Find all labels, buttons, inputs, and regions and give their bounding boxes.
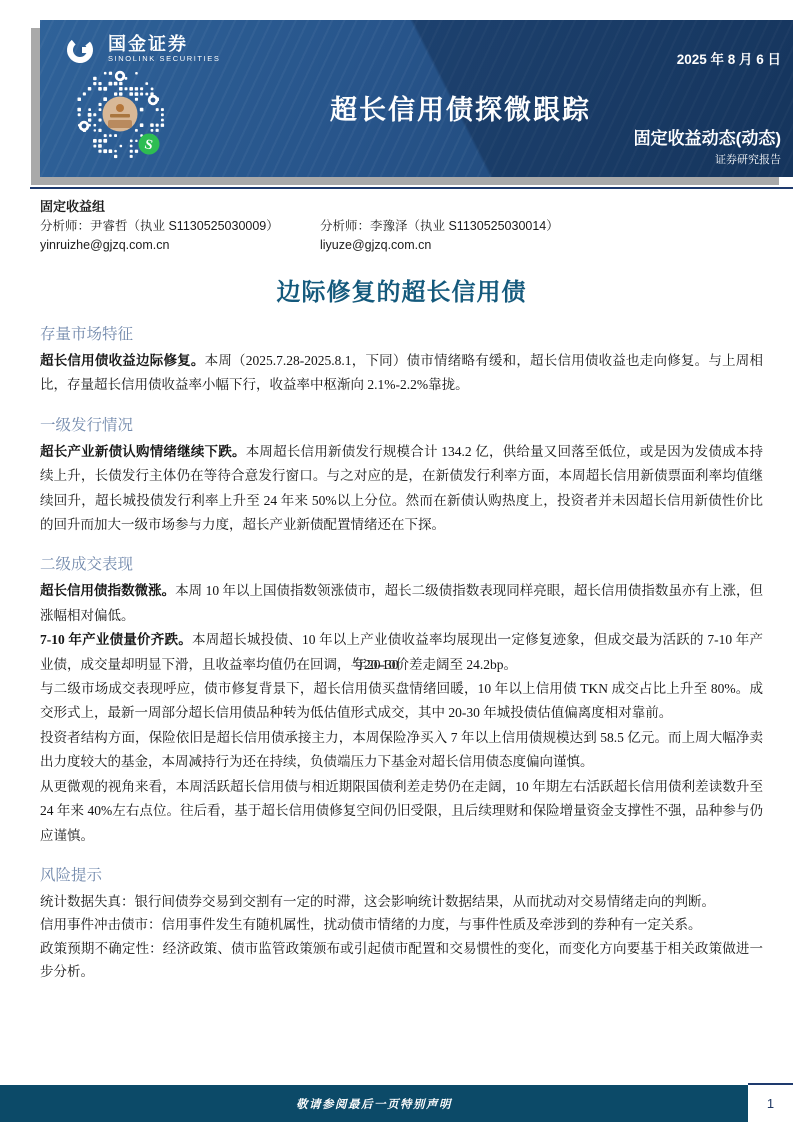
report-header-title: 超长信用债探微跟踪: [40, 88, 793, 127]
footer-bar: 敬请参阅最后一页特别声明: [0, 1085, 748, 1122]
risk-item: 统计数据失真：银行间债券交易到交割有一定的时滞，这会影响统计数据结果，从而扰动对…: [40, 890, 763, 914]
section-heading-stock-market: 存量市场特征: [40, 322, 763, 344]
analyst-1: 分析师：尹睿哲（执业 S1130525030009） yinruizhe@gjz…: [40, 217, 284, 255]
paragraph-lead: 超长信用债收益边际修复。: [40, 353, 205, 368]
analyst-row: 分析师：尹睿哲（执业 S1130525030009） yinruizhe@gjz…: [40, 217, 763, 255]
footer-disclaimer: 敬请参阅最后一页特别声明: [296, 1096, 452, 1112]
paragraph: 超长信用债收益边际修复。本周（2025.7.28-2025.8.1，下同）债市情…: [40, 349, 763, 398]
report-doc-type: 证券研究报告: [715, 151, 781, 167]
footer-page-box: 1: [748, 1083, 793, 1122]
brand-name-cn: 国金证券: [108, 34, 221, 54]
brand-block: 国金证券 SINOLINK SECURITIES: [65, 34, 221, 68]
report-main-title: 边际修复的超长信用债: [40, 272, 763, 307]
analyst-1-email: yinruizhe@gjzq.com.cn: [40, 236, 284, 255]
risk-item: 信用事件冲击债市：信用事件发生有随机属性，扰动债市情绪的力度，与事件性质及牵涉到…: [40, 913, 763, 937]
analyst-2: 分析师：李豫泽（执业 S1130525030014） liyuze@gjzq.c…: [320, 217, 564, 255]
section-heading-primary-issuance: 一级发行情况: [40, 413, 763, 435]
brand-name-en: SINOLINK SECURITIES: [108, 54, 221, 64]
paragraph-lead: 7-10 年产业债量价齐跌。: [40, 632, 192, 647]
paragraph-lead: 超长产业新债认购情绪继续下跌。: [40, 444, 246, 459]
paragraph-lead: 超长信用债指数微涨。: [40, 583, 175, 598]
analyst-block: 固定收益组 分析师：尹睿哲（执业 S1130525030009） yinruiz…: [40, 196, 763, 255]
paragraph: 从更微观的视角来看，本周活跃超长信用债与相近期限国债利差走势仍在走阔，10 年期…: [40, 775, 763, 848]
analyst-2-email: liyuze@gjzq.com.cn: [320, 236, 564, 255]
brand-text: 国金证券 SINOLINK SECURITIES: [108, 34, 221, 64]
section-heading-secondary-trading: 二级成交表现: [40, 552, 763, 574]
paragraph: 超长产业新债认购情绪继续下跌。本周超长信用新债发行规模合计 134.2 亿，供给…: [40, 440, 763, 538]
paragraph: 投资者结构方面，保险依旧是超长信用债承接主力，本周保险净买入 7 年以上信用债规…: [40, 726, 763, 775]
report-category: 固定收益动态(动态): [634, 124, 781, 149]
section-heading-risks: 风险提示: [40, 863, 763, 885]
paragraph-text: 投资者结构方面，保险依旧是超长信用债承接主力，本周保险净买入 7 年以上信用债规…: [40, 730, 763, 769]
page-number: 1: [767, 1096, 774, 1111]
garbled-overprint-text: 与20-10年20-30: [351, 653, 396, 677]
report-body: 固定收益组 分析师：尹睿哲（执业 S1130525030009） yinruiz…: [40, 196, 763, 984]
analyst-2-name: 分析师：李豫泽（执业 S1130525030014）: [320, 217, 564, 236]
paragraph: 7-10 年产业债量价齐跌。本周超长城投债、10 年以上产业债收益率均展现出一定…: [40, 628, 763, 677]
wechat-green-icon: S: [139, 134, 160, 155]
paragraph-text: 从更微观的视角来看，本周活跃超长信用债与相近期限国债利差走势仍在走阔，10 年期…: [40, 779, 763, 843]
analyst-1-name: 分析师：尹睿哲（执业 S1130525030009）: [40, 217, 284, 236]
paragraph-text: 与二级市场成交表现呼应，债市修复背景下，超长信用债买盘情绪回暖，10 年以上信用…: [40, 681, 763, 720]
report-page: 国金证券 SINOLINK SECURITIES S 2025 年 8 月 6 …: [0, 0, 793, 1122]
risk-item: 政策预期不确定性：经济政策、债市监管政策颁布或引起债市配置和交易惯性的变化，而变…: [40, 937, 763, 984]
paragraph-text: 价差走阔至 24.2bp。: [396, 657, 518, 672]
sinolink-logo-icon: [65, 34, 99, 68]
paragraph: 超长信用债指数微涨。本周 10 年以上国债指数领涨债市，超长二级债指数表现同样亮…: [40, 579, 763, 628]
header-separator-rule: [30, 187, 793, 189]
report-header: 国金证券 SINOLINK SECURITIES S 2025 年 8 月 6 …: [40, 20, 793, 177]
team-name: 固定收益组: [40, 196, 763, 215]
report-date: 2025 年 8 月 6 日: [677, 48, 781, 68]
paragraph: 与二级市场成交表现呼应，债市修复背景下，超长信用债买盘情绪回暖，10 年以上信用…: [40, 677, 763, 726]
